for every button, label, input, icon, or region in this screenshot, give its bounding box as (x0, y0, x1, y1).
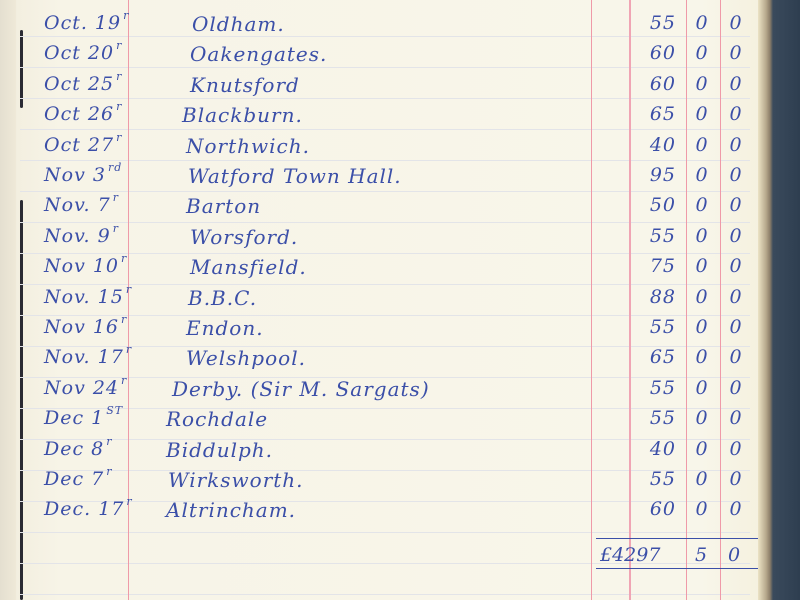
entry-shillings: 0 (692, 225, 712, 247)
entry-pounds: 55 (636, 12, 676, 34)
total-rule (596, 568, 776, 569)
date-suffix: r (116, 39, 122, 52)
entry-date: Dec 8r (44, 438, 113, 460)
entry-date: Nov. 17r (44, 346, 132, 368)
entry-date: Oct 27r (44, 134, 122, 156)
entry-place: Wirksworth. (168, 468, 304, 492)
entry-pence: 0 (726, 225, 746, 247)
date-text: Oct 25 (44, 73, 114, 95)
entry-date: Nov. 7r (44, 194, 119, 216)
entry-shillings: 0 (692, 286, 712, 308)
date-suffix: r (126, 495, 132, 508)
column-line (629, 0, 631, 600)
entry-pence: 0 (726, 42, 746, 64)
entry-date: Nov. 15r (44, 286, 132, 308)
entry-shillings: 0 (692, 164, 712, 186)
entry-pence: 0 (726, 164, 746, 186)
entry-shillings: 0 (692, 316, 712, 338)
entry-date: Nov 24r (44, 377, 127, 399)
entry-pence: 0 (726, 286, 746, 308)
ruled-line (20, 253, 750, 254)
total-rule (596, 538, 768, 539)
entry-shillings: 0 (692, 377, 712, 399)
total-pounds: £4297 (600, 544, 660, 566)
entry-pounds: 55 (636, 377, 676, 399)
entry-shillings: 0 (692, 346, 712, 368)
entry-place: Oldham. (192, 12, 285, 36)
entry-shillings: 0 (692, 438, 712, 460)
entry-pounds: 65 (636, 103, 676, 125)
entry-date: Dec. 17r (44, 498, 133, 520)
date-text: Nov 3 (44, 164, 106, 186)
total-pence: 0 (728, 544, 740, 566)
entry-shillings: 0 (692, 407, 712, 429)
date-suffix: r (116, 131, 122, 144)
date-text: Oct. 19 (44, 12, 121, 34)
entry-place: Altrincham. (166, 498, 296, 522)
date-text: Nov 24 (44, 377, 119, 399)
entry-date: Oct 20r (44, 42, 122, 64)
date-text: Dec 8 (44, 438, 104, 460)
entry-place: Endon. (186, 316, 264, 340)
date-text: Oct 27 (44, 134, 114, 156)
entry-date: Nov. 9r (44, 225, 119, 247)
entry-place: Barton (186, 194, 261, 218)
entry-place: Blackburn. (182, 103, 303, 127)
entry-place: Mansfield. (190, 255, 307, 279)
book-edge (758, 0, 800, 600)
entry-pounds: 50 (636, 194, 676, 216)
column-line (591, 0, 592, 600)
date-text: Dec 7 (44, 468, 104, 490)
entry-pence: 0 (726, 468, 746, 490)
ruled-line (20, 222, 750, 223)
entry-shillings: 0 (692, 194, 712, 216)
date-suffix: ST (106, 404, 123, 417)
entry-date: Nov 3rd (44, 164, 122, 186)
entry-pence: 0 (726, 194, 746, 216)
entry-place: B.B.C. (188, 286, 257, 310)
entry-pence: 0 (726, 407, 746, 429)
total-shillings: 5 (695, 544, 707, 566)
entry-shillings: 0 (692, 103, 712, 125)
ruled-line (20, 191, 750, 192)
column-line (720, 0, 721, 600)
entry-shillings: 0 (692, 498, 712, 520)
entry-pence: 0 (726, 134, 746, 156)
entry-pounds: 65 (636, 346, 676, 368)
entry-date: Oct 26r (44, 103, 122, 125)
entry-place: Derby. (Sir M. Sargats) (172, 377, 430, 401)
entry-pence: 0 (726, 438, 746, 460)
date-suffix: r (123, 9, 129, 22)
entry-place: Northwich. (186, 134, 310, 158)
entry-place: Welshpool. (186, 346, 306, 370)
ruled-line (20, 67, 750, 68)
date-text: Dec 1 (44, 407, 104, 429)
date-suffix: r (116, 70, 122, 83)
entry-pounds: 40 (636, 134, 676, 156)
date-suffix: r (126, 343, 132, 356)
date-suffix: r (121, 313, 127, 326)
entry-pounds: 60 (636, 42, 676, 64)
ruled-line (20, 532, 750, 533)
date-suffix: r (113, 191, 119, 204)
entry-shillings: 0 (692, 73, 712, 95)
entry-date: Dec 1ST (44, 407, 123, 429)
date-suffix: r (121, 252, 127, 265)
date-text: Oct 26 (44, 103, 114, 125)
entry-pounds: 55 (636, 468, 676, 490)
entry-place: Biddulph. (166, 438, 273, 462)
entry-pounds: 75 (636, 255, 676, 277)
ledger-page: Oct. 19rOldham.5500Oct 20rOakengates.600… (0, 0, 780, 600)
entry-pence: 0 (726, 255, 746, 277)
date-suffix: r (113, 222, 119, 235)
entry-shillings: 0 (692, 255, 712, 277)
date-text: Nov 16 (44, 316, 119, 338)
entry-pence: 0 (726, 377, 746, 399)
ruled-line (20, 36, 750, 37)
date-suffix: r (121, 374, 127, 387)
date-text: Dec. 17 (44, 498, 124, 520)
date-suffix: r (106, 435, 112, 448)
entry-shillings: 0 (692, 12, 712, 34)
entry-date: Oct. 19r (44, 12, 129, 34)
entry-pounds: 60 (636, 73, 676, 95)
date-suffix: rd (108, 161, 122, 174)
column-line (686, 0, 687, 600)
entry-place: Rochdale (166, 407, 268, 431)
entry-pence: 0 (726, 346, 746, 368)
entry-pounds: 40 (636, 438, 676, 460)
date-suffix: r (126, 283, 132, 296)
entry-place: Oakengates. (190, 42, 327, 66)
page-binding (0, 0, 16, 600)
date-text: Nov. 9 (44, 225, 111, 247)
entry-place: Watford Town Hall. (188, 164, 402, 188)
entry-pence: 0 (726, 316, 746, 338)
ruled-line (20, 160, 750, 161)
ruled-line (20, 129, 750, 130)
entry-place: Knutsford (190, 73, 300, 97)
entry-date: Nov 16r (44, 316, 127, 338)
entry-pounds: 55 (636, 316, 676, 338)
entry-pounds: 55 (636, 407, 676, 429)
date-suffix: r (106, 465, 112, 478)
ruled-line (20, 98, 750, 99)
entry-shillings: 0 (692, 42, 712, 64)
date-text: Nov. 15 (44, 286, 124, 308)
entry-pounds: 60 (636, 498, 676, 520)
entry-date: Oct 25r (44, 73, 122, 95)
date-suffix: r (116, 100, 122, 113)
entry-pence: 0 (726, 498, 746, 520)
date-text: Nov 10 (44, 255, 119, 277)
entry-shillings: 0 (692, 468, 712, 490)
binding-shadow (20, 30, 23, 108)
binding-shadow (20, 200, 23, 600)
entry-pence: 0 (726, 12, 746, 34)
date-text: Nov. 7 (44, 194, 111, 216)
entry-date: Nov 10r (44, 255, 127, 277)
entry-pence: 0 (726, 73, 746, 95)
entry-pounds: 95 (636, 164, 676, 186)
entry-pounds: 88 (636, 286, 676, 308)
date-text: Nov. 17 (44, 346, 124, 368)
entry-pence: 0 (726, 103, 746, 125)
entry-shillings: 0 (692, 134, 712, 156)
ruled-line (20, 594, 750, 595)
entry-pounds: 55 (636, 225, 676, 247)
date-text: Oct 20 (44, 42, 114, 64)
entry-date: Dec 7r (44, 468, 113, 490)
entry-place: Worsford. (190, 225, 298, 249)
